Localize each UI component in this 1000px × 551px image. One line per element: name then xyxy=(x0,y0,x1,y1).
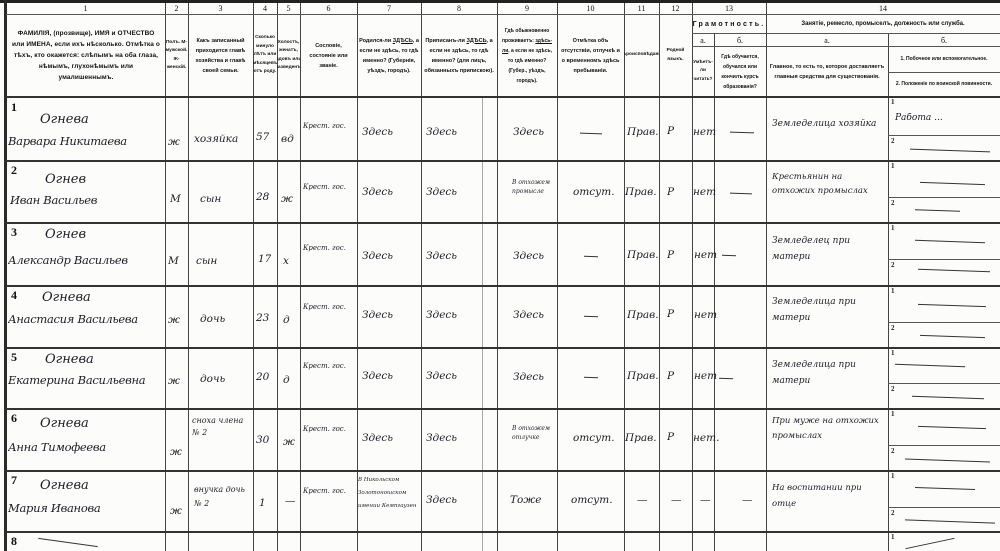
header-residence: Гдѣ обыкновенно проживаетъ: здѣсь-ли, а … xyxy=(497,15,557,96)
birthplace: Здесь xyxy=(362,126,393,138)
sub-number-1: 1 xyxy=(891,349,895,357)
education: — xyxy=(742,494,753,506)
given-name: Анастасия Васильева xyxy=(8,312,164,326)
surname: Огнева xyxy=(40,416,89,431)
language: Р xyxy=(667,370,674,382)
main-occupation: Земледелица хозяйка xyxy=(772,117,886,131)
sub-number-1: 1 xyxy=(891,162,895,170)
emphasis-here: ЗДѢСЬ xyxy=(393,38,413,44)
registration: Здесь xyxy=(426,494,457,506)
grid-line xyxy=(6,531,1000,533)
secondary-occupation: Работа ... xyxy=(895,113,998,123)
literacy: нет. xyxy=(693,432,719,444)
dash-mark xyxy=(918,426,986,429)
marital-status: ж xyxy=(281,193,293,205)
column-number-6: 6 xyxy=(300,3,357,14)
header-absence: Отмѣтка объ отсутствіи, отлучкѣ и о врем… xyxy=(557,15,624,96)
main-occupation: Земледелец при матери xyxy=(772,233,886,265)
dash-mark xyxy=(915,240,985,243)
header-secondary-occupation: 1. Побочное или вспомогательное. xyxy=(888,47,1000,72)
relation: сын xyxy=(200,193,221,205)
sub-number-2: 2 xyxy=(891,137,895,145)
dash-mark xyxy=(580,133,602,135)
header-birthplace: Родился-ли ЗДѢСЬ, а если не здѣсь, то гд… xyxy=(357,15,421,96)
header-literacy-group: Грамотность. xyxy=(692,15,766,33)
registration: Здесь xyxy=(426,370,457,382)
dash-mark xyxy=(719,378,733,379)
column-number-3: 3 xyxy=(188,3,253,14)
estate: Крест. гос. xyxy=(303,487,357,496)
surname: Огнева xyxy=(40,478,89,493)
absence: отсут. xyxy=(573,186,615,198)
religion: — xyxy=(637,494,648,506)
grid-line xyxy=(482,97,483,551)
age: 20 xyxy=(256,371,269,383)
grid-line xyxy=(888,383,1000,384)
sub-number-1: 1 xyxy=(891,410,895,418)
religion: Прав. xyxy=(627,126,659,138)
dash-mark xyxy=(722,255,736,256)
literacy: нет xyxy=(693,186,716,198)
dash-mark xyxy=(912,396,984,400)
language: Р xyxy=(667,186,674,198)
registration: Здесь xyxy=(426,309,457,321)
birthplace: Здесь xyxy=(362,370,393,382)
header-language: Родной языкъ. xyxy=(659,15,692,96)
age: 57 xyxy=(256,131,269,143)
dash-mark xyxy=(895,364,965,367)
header-education: Гдѣ обучается, обучался или кончилъ курс… xyxy=(714,47,766,96)
grid-line xyxy=(6,96,1000,98)
language: Р xyxy=(667,431,674,443)
dash-mark xyxy=(920,335,985,338)
column-number-4: 4 xyxy=(253,3,277,14)
dash-mark xyxy=(915,209,960,212)
dash-mark xyxy=(584,377,598,378)
religion: Прав. xyxy=(627,370,659,382)
header-registration: Приписанъ-ли ЗДѢСЬ, а если не здѣсь, то … xyxy=(421,15,497,96)
given-name: Екатерина Васильевна xyxy=(8,373,164,387)
sex: ж xyxy=(170,505,182,517)
header-name: ФАМИЛІЯ, (прозвище), ИМЯ и ОТЧЕСТВО или … xyxy=(7,15,165,96)
age: 23 xyxy=(256,312,269,324)
sub-number-2: 2 xyxy=(891,447,895,455)
residence: Тоже xyxy=(510,494,541,506)
sub-number-2: 2 xyxy=(891,385,895,393)
dash-mark xyxy=(918,269,990,273)
religion: Прав. xyxy=(625,432,657,444)
sub-number-2: 2 xyxy=(891,509,895,517)
header-religion: Вѣроисповѣданіе. xyxy=(624,15,659,96)
column-number-5: 5 xyxy=(277,3,300,14)
grid-line xyxy=(888,259,1000,260)
main-occupation: При муже на отхожих промыслах xyxy=(772,414,886,444)
column-number-8: 8 xyxy=(421,3,497,14)
birthplace: Здесь xyxy=(362,309,393,321)
column-number-10: 10 xyxy=(557,3,624,14)
given-name: Анна Тимофеева xyxy=(8,440,164,454)
residence: Здесь xyxy=(513,126,544,138)
header-occupation-b-num: б. xyxy=(888,34,1000,46)
header-marital: Холостъ, женатъ, вдовъ или разведенъ. xyxy=(277,15,300,96)
sub-number-2: 2 xyxy=(891,324,895,332)
sex: ж xyxy=(170,446,182,458)
main-occupation: Земледелица при матери xyxy=(772,294,886,326)
dash-mark xyxy=(910,149,990,153)
religion: Прав. xyxy=(627,309,659,321)
marital-status: д xyxy=(283,314,290,326)
estate: Крест. гос. xyxy=(303,244,357,253)
birthplace: В Никольском Золотоношском имении Кемпга… xyxy=(358,474,421,513)
birthplace: Здесь xyxy=(362,186,393,198)
dash-mark xyxy=(38,538,98,547)
surname: Огнева xyxy=(45,352,94,367)
sub-number-1: 1 xyxy=(891,472,895,480)
sub-number-1: 1 xyxy=(891,98,895,106)
header-sex: Полъ. М-мужской. Ж-женскій. xyxy=(165,15,188,96)
grid-line xyxy=(714,33,715,551)
header-estate: Сословіе, состояніе или званіе. xyxy=(300,15,357,96)
grid-line xyxy=(888,197,1000,198)
main-occupation: Земледелица при матери xyxy=(772,357,886,389)
dash-mark xyxy=(730,193,752,195)
absence: отсут. xyxy=(571,494,613,506)
header-military-status: 2. Положеніе по воинской повинности. xyxy=(888,73,1000,96)
given-name: Варвара Никитаева xyxy=(8,134,164,148)
grid-line xyxy=(888,322,1000,323)
relation: дочь xyxy=(200,313,225,325)
given-name: Мария Иванова xyxy=(8,501,164,515)
literacy: нет xyxy=(694,309,717,321)
sub-number-2: 2 xyxy=(891,199,895,207)
language: Р xyxy=(667,308,674,320)
grid-line xyxy=(6,470,1000,472)
column-number-7: 7 xyxy=(357,3,421,14)
birthplace: Здесь xyxy=(362,250,393,262)
sub-number-2: 2 xyxy=(891,261,895,269)
marital-status: х xyxy=(283,255,289,267)
religion: Прав. xyxy=(627,249,659,261)
header-can-read: Умѣетъ-ли читать? xyxy=(692,47,714,96)
grid-line xyxy=(888,135,1000,136)
sex: М xyxy=(168,255,179,267)
registration: Здесь xyxy=(426,126,457,138)
sub-number-1: 1 xyxy=(891,224,895,232)
column-number-14: 14 xyxy=(766,3,1000,14)
residence: В отхожем отлучке xyxy=(512,424,557,442)
column-number-9: 9 xyxy=(497,3,557,14)
residence: В отхожем промысле xyxy=(512,178,557,196)
sex: ж xyxy=(168,375,180,387)
header-main-occupation: Главное, то есть то, которое доставляетъ… xyxy=(766,47,888,96)
dash-mark xyxy=(920,182,985,185)
literacy: нет xyxy=(694,249,717,261)
residence: Здесь xyxy=(513,309,544,321)
marital-status: д xyxy=(283,374,290,386)
language: Р xyxy=(667,249,674,261)
residence: Здесь xyxy=(513,250,544,262)
surname: Огнев xyxy=(45,172,86,187)
dash-mark xyxy=(905,459,990,463)
absence: отсут. xyxy=(573,432,615,444)
column-number-11: 11 xyxy=(624,3,659,14)
grid-line xyxy=(888,445,1000,446)
sex: ж xyxy=(168,314,180,326)
main-occupation: На воспитании при отце xyxy=(772,480,886,512)
grid-line xyxy=(888,33,889,551)
literacy: нет xyxy=(694,370,717,382)
relation: сноха члена № 2 xyxy=(192,415,252,439)
dash-mark xyxy=(584,316,598,317)
sub-number-1: 1 xyxy=(891,287,895,295)
grid-line xyxy=(6,408,1000,410)
dash-mark xyxy=(730,132,754,134)
header-literacy-b-num: б. xyxy=(714,34,766,46)
registration: Здесь xyxy=(426,186,457,198)
estate: Крест. гос. xyxy=(303,362,357,371)
relation: сын xyxy=(196,255,217,267)
age: 17 xyxy=(258,253,271,265)
age: 28 xyxy=(256,191,269,203)
grid-line xyxy=(888,507,1000,508)
given-name: Александр Васильев xyxy=(8,253,164,267)
column-number-1: 1 xyxy=(6,3,165,14)
registration: Здесь xyxy=(426,250,457,262)
column-number-12: 12 xyxy=(659,3,692,14)
estate: Крест. гос. xyxy=(303,425,357,434)
census-form-page: 1 2 3 4 5 6 7 8 9 10 11 12 13 14 ФАМИЛІЯ… xyxy=(0,0,1000,551)
grid-line xyxy=(6,285,1000,287)
emphasis-here: ЗДѢСЬ xyxy=(466,38,486,44)
column-number-2: 2 xyxy=(165,3,188,14)
surname: Огнева xyxy=(42,290,91,305)
language: — xyxy=(671,494,682,506)
birthplace: Здесь xyxy=(362,432,393,444)
marital-status: вд xyxy=(281,133,294,145)
dash-mark xyxy=(905,519,995,523)
dash-mark xyxy=(584,256,598,257)
header-occupation-group: Занятіе, ремесло, промыселъ, должность и… xyxy=(766,15,1000,33)
registration: Здесь xyxy=(426,432,457,444)
grid-line xyxy=(6,160,1000,162)
sex: М xyxy=(170,193,181,205)
age: 1 xyxy=(259,497,266,509)
sub-number-1: 1 xyxy=(891,533,895,541)
header-age: Сколько минуло лѣтъ или мѣсяцевъ отъ род… xyxy=(253,15,277,96)
relation: хозяйка xyxy=(194,133,238,145)
header-relation: Какъ записанный приходится главѣ хозяйст… xyxy=(188,15,253,96)
literacy: — xyxy=(700,494,711,506)
column-number-13: 13 xyxy=(692,3,766,14)
relation: внучка дочь № 2 xyxy=(194,483,252,511)
age: 30 xyxy=(256,434,269,446)
main-occupation: Крестьянин на отхожих промыслах xyxy=(772,170,886,198)
dash-mark xyxy=(915,487,975,490)
literacy: нет xyxy=(693,126,716,138)
header-occupation-a-num: а. xyxy=(766,34,888,46)
estate: Крест. гос. xyxy=(303,183,357,192)
given-name: Иван Васильев xyxy=(10,193,164,207)
language: Р xyxy=(667,125,674,137)
residence: Здесь xyxy=(513,371,544,383)
marital-status: ж xyxy=(283,436,295,448)
surname: Огнева xyxy=(40,112,89,127)
marital-status: — xyxy=(285,495,296,507)
estate: Крест. гос. xyxy=(303,122,357,131)
grid-line xyxy=(6,347,1000,349)
grid-line xyxy=(6,222,1000,224)
sex: ж xyxy=(168,136,180,148)
surname: Огнев xyxy=(45,227,86,242)
dash-mark xyxy=(918,304,986,307)
religion: Прав. xyxy=(625,186,657,198)
header-literacy-a-num: а. xyxy=(692,34,714,46)
dash-mark xyxy=(905,538,954,549)
estate: Крест. гос. xyxy=(303,303,357,312)
relation: дочь xyxy=(200,373,225,385)
